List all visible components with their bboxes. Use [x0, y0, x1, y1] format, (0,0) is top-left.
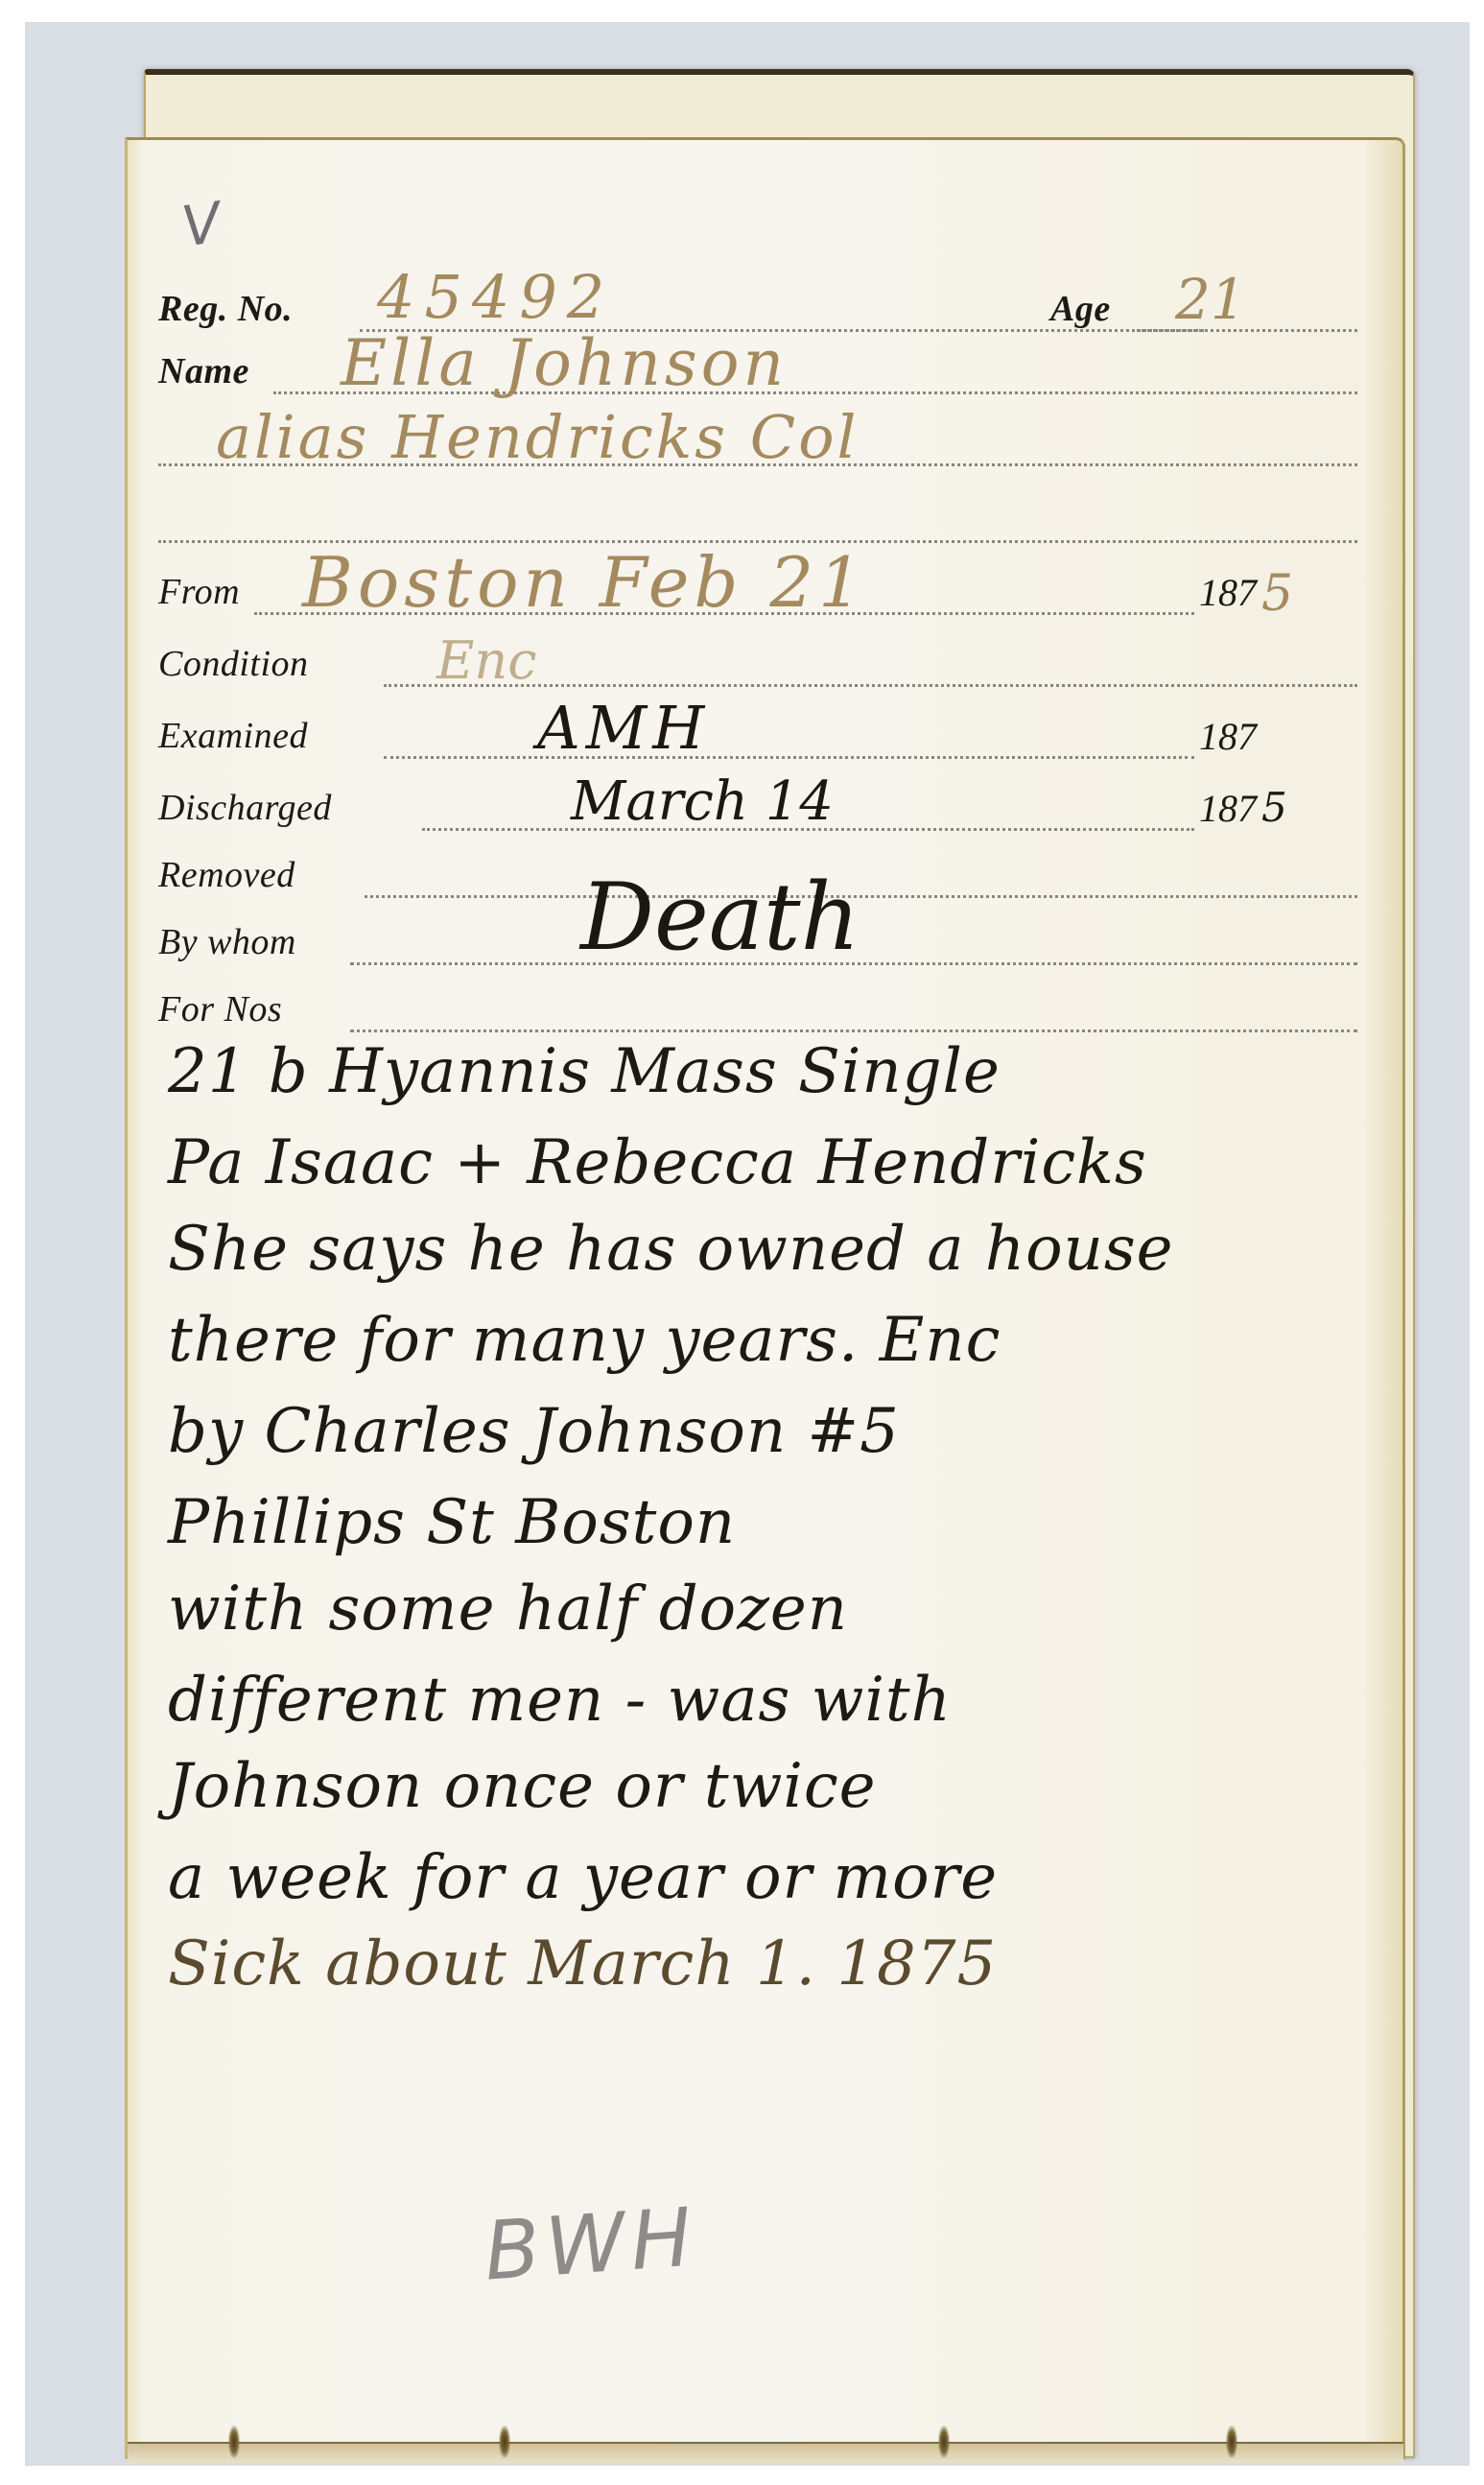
age-value: 21	[1175, 267, 1246, 332]
register-page	[125, 137, 1405, 2459]
examined-dotted-line	[384, 756, 1194, 759]
age-dotted-line	[1137, 329, 1357, 332]
binding-stitch	[228, 2426, 240, 2458]
note-line: Johnson once or twice	[168, 1751, 877, 1822]
note-line: 21 b Hyannis Mass Single	[168, 1036, 1001, 1107]
field-condition-row: Condition Enc	[158, 633, 1357, 700]
field-alias-row: alias Hendricks Col	[158, 413, 1357, 480]
from-label: From	[158, 571, 240, 613]
field-from-row: From Boston Feb 21 187 5	[158, 561, 1357, 628]
for-nos-label: For Nos	[158, 988, 282, 1030]
note-line: Phillips St Boston	[168, 1487, 736, 1558]
note-line: with some half dozen	[168, 1574, 848, 1645]
note-line: Sick about March 1. 1875	[168, 1929, 997, 2000]
examined-value: AMH	[537, 693, 710, 763]
age-label: Age	[1050, 288, 1111, 330]
field-examined-row: Examined AMH 187	[158, 705, 1357, 772]
name-value: Ella Johnson	[341, 326, 788, 400]
from-value: Boston Feb 21	[302, 542, 867, 623]
note-line: different men - was with	[168, 1665, 952, 1736]
field-discharged-row: Discharged March 14 187 5	[158, 777, 1357, 844]
reg-no-value: 45492	[377, 262, 614, 332]
alias-value: alias Hendricks Col	[216, 402, 859, 472]
by-whom-label: By whom	[158, 921, 296, 963]
note-line: by Charles Johnson #5	[168, 1396, 900, 1467]
condition-label: Condition	[158, 643, 309, 685]
page-binding-edge	[128, 2442, 1403, 2463]
binding-stitch	[1226, 2426, 1237, 2458]
field-by-whom-row: By whom Death	[158, 911, 1357, 979]
binding-stitch	[938, 2426, 950, 2458]
field-name-row: Name Ella Johnson	[158, 341, 1357, 408]
name-label: Name	[158, 350, 249, 392]
examined-label: Examined	[158, 715, 308, 757]
condition-value: Enc	[436, 630, 536, 691]
binding-stitch	[499, 2426, 510, 2458]
discharged-value: March 14	[571, 770, 834, 833]
note-line: She says he has owned a house	[168, 1214, 1174, 1285]
examined-year-prefix: 187	[1199, 714, 1257, 759]
from-year-suffix: 5	[1261, 565, 1293, 623]
discharged-label: Discharged	[158, 787, 332, 829]
from-year-prefix: 187	[1199, 570, 1257, 615]
for-nos-dotted-line	[350, 1029, 1357, 1032]
note-line: Pa Isaac + Rebecca Hendricks	[168, 1127, 1147, 1198]
pencil-signature: BWH	[482, 2189, 700, 2298]
discharged-year-suffix: 5	[1261, 784, 1287, 831]
reg-no-label: Reg. No.	[158, 288, 293, 330]
removed-dotted-line	[365, 895, 1357, 898]
note-line: there for many years. Enc	[168, 1305, 1001, 1376]
removed-by-value: Death	[580, 864, 860, 971]
discharged-year-prefix: 187	[1199, 786, 1257, 831]
note-line: a week for a year or more	[168, 1842, 998, 1913]
removed-label: Removed	[158, 854, 295, 896]
